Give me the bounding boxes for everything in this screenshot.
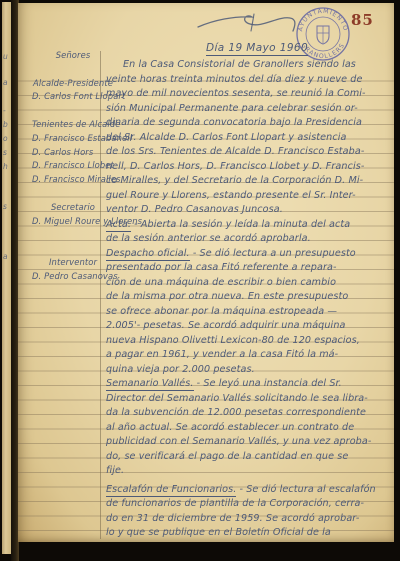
stamp-shield-icon [317, 26, 329, 44]
manuscript-text: da la subvención de 12.000 pesetas corre… [106, 407, 366, 418]
margin-group-title: Interventor [32, 256, 114, 270]
manuscript-text: dinaria de segunda convocatoria bajo la … [106, 117, 362, 128]
manuscript-line: sión Municipal Permanente para celebrar … [106, 102, 394, 117]
margin-name: D. Francisco Llobet [32, 159, 114, 173]
manuscript-body: En la Casa Consistorial de Granollers si… [106, 58, 394, 541]
manuscript-line: publicidad con el Semanario Vallés, y un… [106, 435, 394, 450]
manuscript-line: nueva Hispano Olivetti Lexicon-80 de 120… [106, 334, 394, 349]
manuscript-text: veinte horas treinta minutos del día die… [106, 74, 363, 85]
manuscript-text: publicidad con el Semanario Vallés, y un… [106, 436, 371, 447]
page-edge-text-fragment: u [3, 52, 8, 61]
manuscript-line: mayo de mil novecientos sesenta, se reun… [106, 87, 394, 102]
manuscript-text: a pagar en 1961, y vender a la casa Fitó… [106, 349, 338, 360]
manuscript-page: AYUNTAMIENTO GRANOLLERS 85 Día 19 Mayo 1… [18, 3, 394, 542]
manuscript-line: de la misma por otra nueva. En este pres… [106, 290, 394, 305]
margin-name: D. Miguel Roure y Llorens [32, 215, 114, 229]
manuscript-line: se ofrece abonar por la máquina estropea… [106, 305, 394, 320]
page-edge-text-fragment: o [3, 134, 8, 143]
manuscript-text: sión Municipal Permanente para celebrar … [106, 103, 358, 114]
photo-background: ua-boshsa AYUNTAMIENTO GRANOLLERS [0, 0, 400, 561]
manuscript-text: do en 31 de diciembre de 1959. Se acordó… [106, 513, 359, 524]
facing-page-edge: ua-boshsa [2, 2, 11, 554]
page-number: 85 [351, 11, 374, 29]
margin-group: Alcalde-PresidenteD. Carlos Font Llopart [32, 77, 114, 105]
manuscript-text: ción de una máquina de escribir o bien c… [106, 277, 336, 288]
signature-scribble [194, 5, 304, 35]
manuscript-text: mayo de mil novecientos sesenta, se reun… [106, 88, 366, 99]
manuscript-text: presentado por la casa Fitó referente a … [106, 262, 337, 273]
manuscript-line: Despacho oficial. - Se dió lectura a un … [106, 247, 394, 262]
margin-group-title: Alcalde-Presidente [32, 77, 114, 91]
manuscript-line: ción de una máquina de escribir o bien c… [106, 276, 394, 291]
manuscript-line: Director del Semanario Vallés solicitand… [106, 392, 394, 407]
manuscript-text: lo y que se publique en el Boletín Ofici… [106, 527, 331, 538]
manuscript-line: Acta. - Abierta la sesión y leída la min… [106, 218, 394, 233]
manuscript-line: En la Casa Consistorial de Granollers si… [106, 58, 394, 73]
margin-name: D. Carlos Font Llopart [32, 90, 114, 104]
manuscript-text: Director del Semanario Vallés solicitand… [106, 393, 368, 404]
manuscript-line: 2.005'- pesetas. Se acordó adquirir una … [106, 319, 394, 334]
page-edge-text-fragment: b [3, 120, 8, 129]
manuscript-text: guel Roure y Llorens, estando presente e… [106, 190, 356, 201]
manuscript-line: de funcionarios de plantilla de la Corpo… [106, 497, 394, 512]
manuscript-text: nell, D. Carlos Hors, D. Francisco Llobe… [106, 161, 364, 172]
manuscript-line: Semanario Vallés. - Se leyó una instanci… [106, 377, 394, 392]
manuscript-line: dinaria de segunda convocatoria bajo la … [106, 116, 394, 131]
section-heading: Escalafón de Funcionarios. [106, 484, 236, 497]
page-edge-text-fragment: s [3, 148, 7, 157]
page-edge-text-fragment: a [3, 78, 8, 87]
manuscript-line: veinte horas treinta minutos del día die… [106, 73, 394, 88]
section-heading: Acta. [106, 219, 131, 232]
margin-column: Señores Alcalde-PresidenteD. Carlos Font… [32, 49, 114, 284]
margin-column-groups: Alcalde-PresidenteD. Carlos Font Llopart… [32, 77, 114, 284]
page-edge-text-fragment: a [3, 252, 8, 261]
manuscript-text: de la misma por otra nueva. En este pres… [106, 291, 348, 302]
margin-name: D. Francisco Miralles [32, 173, 114, 187]
manuscript-text: se ofrece abonar por la máquina estropea… [106, 306, 337, 317]
manuscript-line: quina vieja por 2.000 pesetas. [106, 363, 394, 378]
manuscript-line: presentado por la casa Fitó referente a … [106, 261, 394, 276]
manuscript-text: - Se leyó una instancia del Sr. [194, 378, 342, 389]
manuscript-text: - Abierta la sesión y leída la minuta de… [131, 219, 350, 230]
manuscript-line: co Miralles, y del Secretario de la Corp… [106, 174, 394, 189]
manuscript-line: ventor D. Pedro Casanovas Juncosa. [106, 203, 394, 218]
manuscript-text: fije. [106, 465, 124, 476]
manuscript-text: al año actual. Se acordó establecer un c… [106, 422, 354, 433]
margin-column-heading: Señores [32, 49, 114, 63]
page-edge-text-fragment: s [3, 202, 7, 211]
manuscript-line: lo y que se publique en el Boletín Ofici… [106, 526, 394, 541]
margin-name: D. Pedro Casanovas [32, 270, 114, 284]
margin-group: SecretarioD. Miguel Roure y Llorens [32, 201, 114, 229]
manuscript-text: del Sr. Alcalde D. Carlos Font Llopart y… [106, 132, 346, 143]
margin-group-title: Tenientes de Alcalde [32, 118, 114, 132]
manuscript-text: 2.005'- pesetas. Se acordó adquirir una … [106, 320, 345, 331]
manuscript-line: nell, D. Carlos Hors, D. Francisco Llobe… [106, 160, 394, 175]
page-edge-text-fragment: - [3, 106, 6, 115]
manuscript-line: fije. [106, 464, 394, 479]
manuscript-text: de la sesión anterior se acordó aprobarl… [106, 233, 311, 244]
margin-name: D. Francisco Estabanell [32, 132, 114, 146]
manuscript-text: En la Casa Consistorial de Granollers si… [123, 59, 356, 70]
date-heading: Día 19 Mayo 1960 [206, 42, 308, 56]
margin-name: D. Carlos Hors [32, 146, 114, 160]
manuscript-line: de los Srs. Tenientes de Alcalde D. Fran… [106, 145, 394, 160]
margin-group: InterventorD. Pedro Casanovas [32, 256, 114, 284]
manuscript-text: ventor D. Pedro Casanovas Juncosa. [106, 204, 283, 215]
manuscript-text: do, se verificará el pago de la cantidad… [106, 451, 348, 462]
manuscript-text: co Miralles, y del Secretario de la Corp… [106, 175, 363, 186]
manuscript-line: do en 31 de diciembre de 1959. Se acordó… [106, 512, 394, 527]
manuscript-text: de funcionarios de plantilla de la Corpo… [106, 498, 364, 509]
margin-group-title: Secretario [32, 201, 114, 215]
manuscript-line: a pagar en 1961, y vender a la casa Fitó… [106, 348, 394, 363]
manuscript-text: - Se dió lectura al escalafón [236, 484, 375, 495]
manuscript-text: - Se dió lectura a un presupuesto [190, 248, 356, 259]
page-edge-text-fragment: h [3, 162, 8, 171]
manuscript-text: nueva Hispano Olivetti Lexicon-80 de 120… [106, 335, 360, 346]
section-heading: Semanario Vallés. [106, 378, 194, 391]
margin-group: Tenientes de AlcaldeD. Francisco Estaban… [32, 118, 114, 187]
manuscript-line: al año actual. Se acordó establecer un c… [106, 421, 394, 436]
manuscript-text: de los Srs. Tenientes de Alcalde D. Fran… [106, 146, 364, 157]
manuscript-line: guel Roure y Llorens, estando presente e… [106, 189, 394, 204]
manuscript-text: quina vieja por 2.000 pesetas. [106, 364, 255, 375]
manuscript-line: de la sesión anterior se acordó aprobarl… [106, 232, 394, 247]
manuscript-line: del Sr. Alcalde D. Carlos Font Llopart y… [106, 131, 394, 146]
manuscript-line: do, se verificará el pago de la cantidad… [106, 450, 394, 465]
section-heading: Despacho oficial. [106, 248, 190, 261]
manuscript-line: Escalafón de Funcionarios. - Se dió lect… [106, 483, 394, 498]
manuscript-line: da la subvención de 12.000 pesetas corre… [106, 406, 394, 421]
